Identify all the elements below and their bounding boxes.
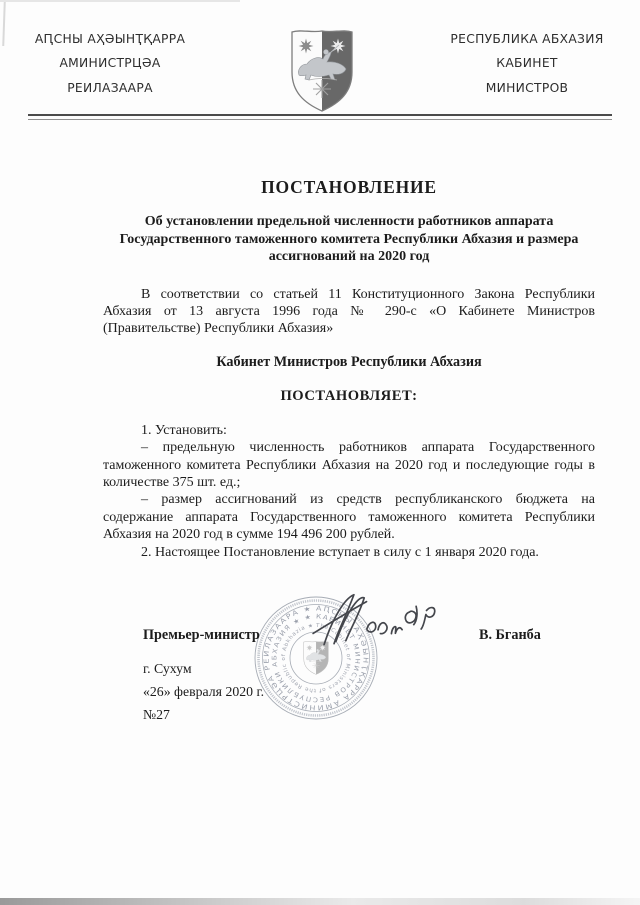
letterhead-russian-line2: КАБИНЕТ <box>428 57 626 69</box>
decree-number: №27 <box>143 707 170 723</box>
decree-title: ПОСТАНОВЛЕНИЕ <box>103 177 595 198</box>
letterhead-russian: РЕСПУБЛИКА АБХАЗИЯ КАБИНЕТ МИНИСТРОВ <box>428 33 626 106</box>
scan-artifact-top <box>0 0 240 2</box>
scan-artifact-left <box>2 2 6 46</box>
letterhead-abkhaz-line1: АԤСНЫ АҲӘЫНҬҚАРРА <box>14 33 206 45</box>
coat-of-arms-icon <box>289 27 355 115</box>
decree-subject: Об установлении предельной численности р… <box>103 213 595 266</box>
decree-preamble: В соответствии со статьей 11 Конституцио… <box>103 286 595 338</box>
letterhead-abkhaz: АԤСНЫ АҲӘЫНҬҚАРРА АМИНИСТРЦӘА РЕИЛАЗААРА <box>14 33 206 106</box>
scanned-decree-page: АԤСНЫ АҲӘЫНҬҚАРРА АМИНИСТРЦӘА РЕИЛАЗААРА… <box>0 0 640 905</box>
letterhead-abkhaz-line2: АМИНИСТРЦӘА <box>14 57 206 69</box>
decree-item: 1. Установить: <box>103 422 595 439</box>
decree-item: – предельную численность работников аппа… <box>103 439 595 491</box>
scan-artifact-bottom <box>0 898 640 905</box>
decree-resolves-heading: ПОСТАНОВЛЯЕТ: <box>103 388 595 405</box>
letterhead-russian-line1: РЕСПУБЛИКА АБХАЗИЯ <box>428 33 626 45</box>
decree-item: – размер ассигнований из средств республ… <box>103 491 595 543</box>
letterhead-abkhaz-line3: РЕИЛАЗААРА <box>14 82 206 94</box>
decree-items: 1. Установить: – предельную численность … <box>103 422 595 561</box>
decree-authority: Кабинет Министров Республики Абхазия <box>103 354 595 371</box>
decree-item: 2. Настоящее Постановление вступает в си… <box>103 544 595 561</box>
signer-post: Премьер-министр <box>143 627 260 644</box>
issue-city: г. Сухум <box>143 661 192 677</box>
letterhead-russian-line3: МИНИСТРОВ <box>428 82 626 94</box>
decree-body: ПОСТАНОВЛЕНИЕ Об установлении предельной… <box>103 177 595 561</box>
issue-date: «26» февраля 2020 г. <box>143 684 264 700</box>
letterhead-divider-rule <box>28 114 612 120</box>
signer-name: В. Бганба <box>479 627 541 644</box>
handwritten-signature <box>298 582 453 655</box>
